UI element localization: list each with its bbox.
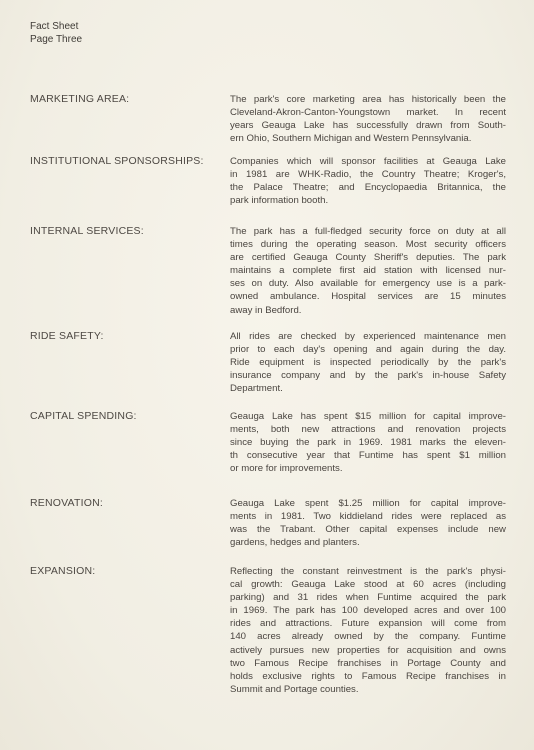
- section-label: EXPANSION:: [30, 565, 95, 577]
- body-line: in 1969. The park has 100 developed acre…: [230, 604, 506, 617]
- body-line: prior to each day's opening and again du…: [230, 343, 506, 356]
- body-line: Geauga Lake has spent $15 million for ca…: [230, 410, 506, 423]
- body-line: times during the operating season. Most …: [230, 238, 506, 251]
- body-line: park information booth.: [230, 194, 506, 207]
- body-line: cal growth: Geauga Lake stood at 60 acre…: [230, 578, 506, 591]
- section-body: The park's core marketing area has histo…: [230, 93, 506, 145]
- section-label: CAPITAL SPENDING:: [30, 410, 137, 422]
- body-line: parking) and 31 rides when Funtime acqui…: [230, 591, 506, 604]
- section-body: Reflecting the constant reinvestment is …: [230, 565, 506, 696]
- header-title: Fact Sheet: [30, 20, 82, 33]
- body-line: away in Bedford.: [230, 304, 506, 317]
- section-body: Companies which will sponsor facilities …: [230, 155, 506, 207]
- section-label: RENOVATION:: [30, 497, 103, 509]
- body-line: ses on duty. Also available for emergenc…: [230, 277, 506, 290]
- body-line: The park has a full-fledged security for…: [230, 225, 506, 238]
- body-line: rides and attractions. Future expansion …: [230, 617, 506, 630]
- body-line: Reflecting the constant reinvestment is …: [230, 565, 506, 578]
- body-line: years Geauga Lake has successfully drawn…: [230, 119, 506, 132]
- body-line: The park's core marketing area has histo…: [230, 93, 506, 106]
- body-line: gardens, hedges and planters.: [230, 536, 506, 549]
- body-line: ments in 1981. Two kiddieland rides were…: [230, 510, 506, 523]
- body-line: 140 acres already owned by the company. …: [230, 630, 506, 643]
- body-line: actively pursues new properties for acqu…: [230, 644, 506, 657]
- body-line: All rides are checked by experienced mai…: [230, 330, 506, 343]
- body-line: holds exclusive rights to Famous Recipe …: [230, 670, 506, 683]
- section-body: Geauga Lake has spent $15 million for ca…: [230, 410, 506, 475]
- body-line: Summit and Portage counties.: [230, 683, 506, 696]
- section-body: All rides are checked by experienced mai…: [230, 330, 506, 395]
- body-line: Ride equipment is inspected periodically…: [230, 356, 506, 369]
- body-line: Cleveland-Akron-Canton-Youngstown market…: [230, 106, 506, 119]
- section-body: The park has a full-fledged security for…: [230, 225, 506, 317]
- body-line: insurance company and by the park's in-h…: [230, 369, 506, 382]
- body-line: Geauga Lake spent $1.25 million for capi…: [230, 497, 506, 510]
- body-line: th consecutive year that Funtime has spe…: [230, 449, 506, 462]
- body-line: Companies which will sponsor facilities …: [230, 155, 506, 168]
- section-label: MARKETING AREA:: [30, 93, 129, 105]
- section-label: RIDE SAFETY:: [30, 330, 104, 342]
- body-line: the Palace Theatre; and Encyclopaedia Br…: [230, 181, 506, 194]
- section-label: INTERNAL SERVICES:: [30, 225, 144, 237]
- body-line: since buying the park in 1969. 1981 mark…: [230, 436, 506, 449]
- fact-sheet-page: Fact Sheet Page Three MARKETING AREA:The…: [0, 0, 534, 750]
- body-line: owned ambulance. Hospital services are 1…: [230, 290, 506, 303]
- body-line: maintains a complete first aid station w…: [230, 264, 506, 277]
- body-line: or more for improvements.: [230, 462, 506, 475]
- section-body: Geauga Lake spent $1.25 million for capi…: [230, 497, 506, 549]
- body-line: ern Ohio, Southern Michigan and Western …: [230, 132, 506, 145]
- section-label: INSTITUTIONAL SPONSORSHIPS:: [30, 155, 204, 167]
- page-header: Fact Sheet Page Three: [30, 20, 82, 46]
- body-line: was the Trabant. Other capital expenses …: [230, 523, 506, 536]
- body-line: in 1981 are WHK-Radio, the Country Theat…: [230, 168, 506, 181]
- body-line: ments, both new attractions and renovati…: [230, 423, 506, 436]
- body-line: are certified Geauga County Sheriff's de…: [230, 251, 506, 264]
- body-line: two Famous Recipe franchises in Portage …: [230, 657, 506, 670]
- body-line: Department.: [230, 382, 506, 395]
- header-page-number: Page Three: [30, 33, 82, 46]
